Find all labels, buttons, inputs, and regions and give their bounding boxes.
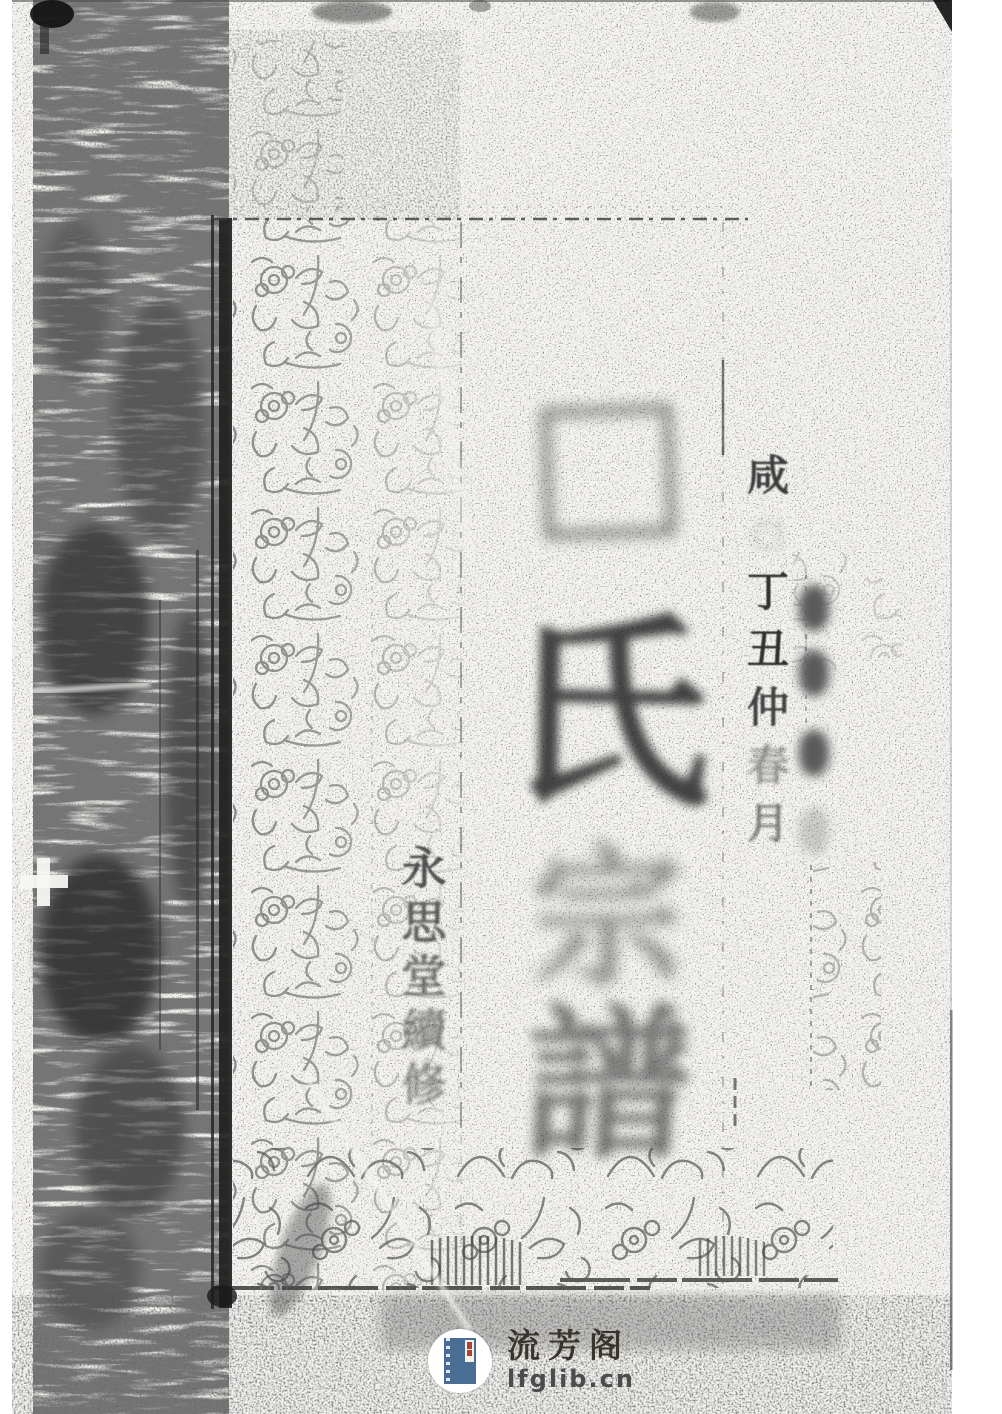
scanned-genealogy-cover-page: □ 氏 宗 譜 咸 □ 丁 丑 仲 春 月 永 思 堂 續 修 <box>0 0 1002 1414</box>
bleed-smudge <box>799 730 829 776</box>
page-right-edge <box>950 180 953 1370</box>
watermark-text: 流芳阁 lfglib.cn <box>507 1328 635 1393</box>
date-char-7: 月 <box>742 796 794 854</box>
watermark-site-url: lfglib.cn <box>507 1366 635 1393</box>
title-char-4: 譜 <box>482 1002 735 1171</box>
book-label-seal <box>467 1350 472 1356</box>
title-char-2: 氏 <box>484 612 732 821</box>
title-char-3: 宗 <box>485 842 732 998</box>
bleed-smudge <box>799 808 829 854</box>
title-char-1-illegible: □ <box>482 352 733 578</box>
date-char-1: 咸 <box>742 448 794 506</box>
left-dark-scan-band <box>40 55 220 1365</box>
book-stitch-binding <box>446 1338 450 1384</box>
book-icon <box>444 1338 476 1384</box>
date-char-4: 丑 <box>742 622 794 680</box>
date-char-6: 春 <box>742 738 794 796</box>
date-char-3: 丁 <box>742 564 794 622</box>
hall-char-3: 堂 <box>396 950 452 1004</box>
hall-name-column: 永 思 堂 續 修 <box>396 842 452 1112</box>
book-title-label <box>465 1340 474 1362</box>
bleed-smudge <box>799 585 829 631</box>
bleed-smudge <box>799 650 829 696</box>
watermark-circle <box>428 1329 492 1393</box>
watermark-site-name: 流芳阁 <box>507 1328 635 1366</box>
hall-char-2: 思 <box>396 896 452 950</box>
hall-char-1: 永 <box>396 842 452 896</box>
hall-char-4: 續 <box>396 1004 452 1058</box>
date-char-5: 仲 <box>742 680 794 738</box>
book-label-seal <box>467 1342 472 1349</box>
site-watermark: 流芳阁 lfglib.cn <box>428 1328 635 1393</box>
hall-char-5: 修 <box>396 1058 452 1112</box>
date-inscription-column: 咸 □ 丁 丑 仲 春 月 <box>742 448 794 854</box>
date-char-2-illegible: □ <box>742 506 794 564</box>
